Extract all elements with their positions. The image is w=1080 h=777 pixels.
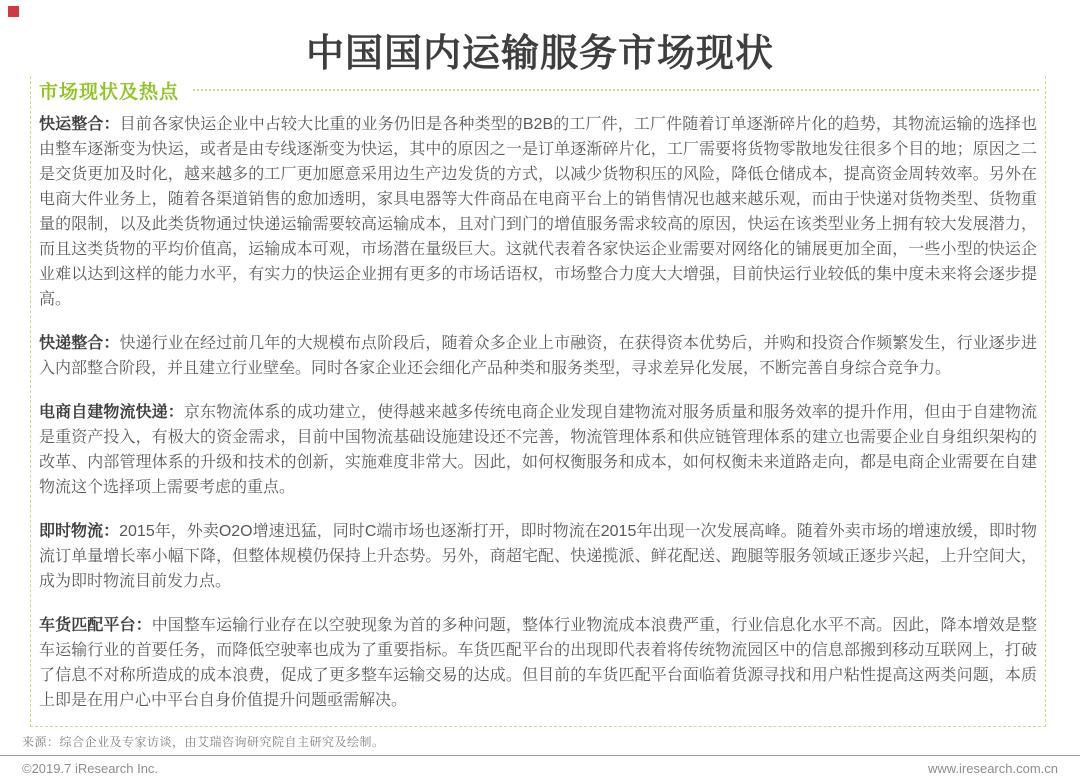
- paragraph-text: 目前各家快运企业中占较大比重的业务仍旧是各种类型的B2B的工厂件，工厂件随着订单…: [39, 116, 1037, 308]
- copyright-text: ©2019.7 iResearch Inc.: [22, 761, 158, 776]
- paragraph-text: 中国整车运输行业存在以空驶现象为首的多种问题，整体行业物流成本浪费严重，行业信息…: [39, 617, 1037, 709]
- paragraph-ecommerce-self-built-logistics: 电商自建物流快递：京东物流体系的成功建立，使得越来越多传统电商企业发现自建物流对…: [39, 400, 1037, 500]
- panel-header: 市场现状及热点: [39, 78, 1039, 102]
- footer-divider: [0, 755, 1080, 756]
- paragraph-label: 快递整合：: [39, 335, 120, 352]
- paragraph-text: 京东物流体系的成功建立，使得越来越多传统电商企业发现自建物流对服务质量和服务效率…: [39, 404, 1037, 496]
- paragraph-label: 即时物流：: [39, 523, 119, 540]
- paragraph-express-freight-consolidation: 快运整合：目前各家快运企业中占较大比重的业务仍旧是各种类型的B2B的工厂件，工厂…: [39, 112, 1037, 312]
- source-note: 来源：综合企业及专家访谈，由艾瑞咨询研究院自主研究及绘制。: [22, 733, 385, 750]
- brand-red-square-icon: [8, 6, 19, 17]
- section-heading-rule: [193, 89, 1039, 91]
- paragraph-label: 车货匹配平台：: [39, 617, 152, 634]
- report-slide: 中国国内运输服务市场现状 市场现状及热点 快运整合：目前各家快运企业中占较大比重…: [0, 0, 1080, 777]
- paragraph-instant-logistics: 即时物流：2015年，外卖O2O增速迅猛，同时C端市场也逐渐打开，即时物流在20…: [39, 519, 1037, 594]
- panel-body: 快运整合：目前各家快运企业中占较大比重的业务仍旧是各种类型的B2B的工厂件，工厂…: [39, 112, 1037, 713]
- paragraph-label: 快运整合：: [39, 116, 120, 133]
- paragraph-label: 电商自建物流快递：: [39, 404, 184, 421]
- paragraph-express-delivery-consolidation: 快递整合：快递行业在经过前几年的大规模布点阶段后，随着众多企业上市融资，在获得资…: [39, 331, 1037, 381]
- content-panel: 市场现状及热点 快运整合：目前各家快运企业中占较大比重的业务仍旧是各种类型的B2…: [30, 76, 1046, 727]
- website-link[interactable]: www.iresearch.com.cn: [928, 761, 1058, 776]
- section-heading: 市场现状及热点: [39, 77, 179, 104]
- page-title: 中国国内运输服务市场现状: [0, 33, 1080, 75]
- paragraph-text: 快递行业在经过前几年的大规模布点阶段后，随着众多企业上市融资，在获得资本优势后，…: [39, 335, 1037, 377]
- paragraph-text: 2015年，外卖O2O增速迅猛，同时C端市场也逐渐打开，即时物流在2015年出现…: [39, 523, 1037, 590]
- paragraph-truck-cargo-matching-platform: 车货匹配平台：中国整车运输行业存在以空驶现象为首的多种问题，整体行业物流成本浪费…: [39, 613, 1037, 713]
